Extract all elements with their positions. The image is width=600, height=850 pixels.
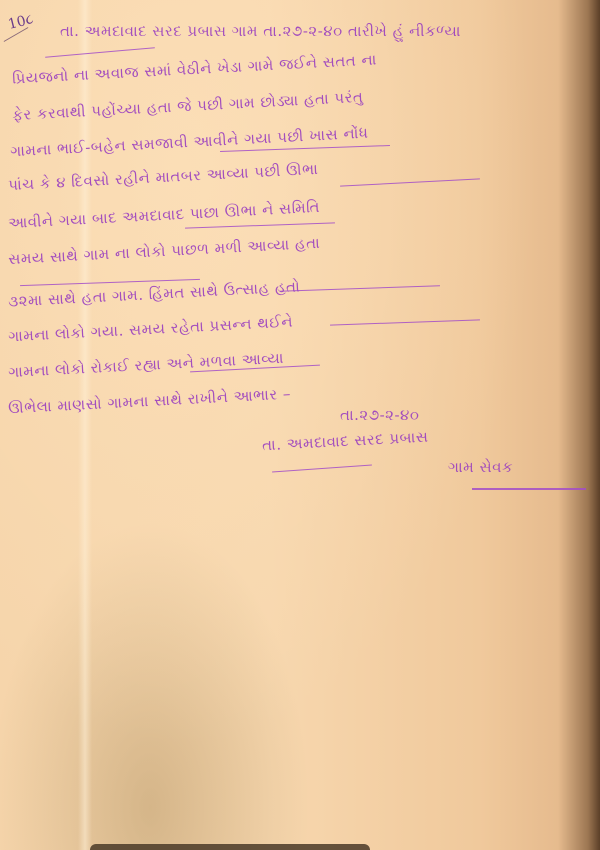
page-bottom-edge xyxy=(90,844,370,850)
scanned-page: 10૮ તા. અમદાવાદ સરદ પ્રબાસ ગામ તા.૨૭-૨-૪… xyxy=(0,0,600,850)
handwritten-line: ગામના લોકો રોકાઈ રહ્યા અને મળવા આવ્યા xyxy=(8,349,285,381)
handwritten-line: તા. અમદાવાદ સરદ પ્રબાસ ગામ તા.૨૭-૨-૪૦ તા… xyxy=(60,22,461,40)
handwritten-line: ફેર કરવાથી પહોંચ્યા હતા જે પછી ગામ છોડ્ય… xyxy=(12,88,364,124)
overline-stroke xyxy=(280,285,440,292)
overline-stroke xyxy=(340,178,480,186)
handwritten-line: ગામના ભાઈ-બહેન સમજાવી આવીને ગયા પછી ખાસ … xyxy=(10,124,369,161)
handwritten-line: ઊભેલા માણસો ગામના સાથે રાખીને આભાર – xyxy=(8,385,292,418)
closing-date: તા.૨૭-૨-૪૦ xyxy=(340,406,419,424)
handwritten-line: ૩૨મા સાથે હતા ગામ. હિંમત સાથે ઉત્સાહ હતો xyxy=(8,277,301,310)
paper-fold xyxy=(78,0,92,850)
handwritten-line: પાંચ કે ૪ દિવસો રહીને માતબર આવ્યા પછી ઊભ… xyxy=(8,160,319,194)
signature-title: ગામ સેવક xyxy=(448,458,513,476)
signature-underline xyxy=(272,465,372,473)
page-number: 10૮ xyxy=(6,11,35,33)
overline-stroke xyxy=(185,222,335,228)
handwritten-line: પ્રિયજનો ના અવાજ સમાં વેઠીને ખેડા ગામે જ… xyxy=(12,50,378,87)
signature-rule xyxy=(472,488,586,490)
handwritten-line: આવીને ગયા બાદ અમદાવાદ પાછા ઊભા ને સમિતિ xyxy=(8,198,321,232)
signature: તા. અમદાવાદ સરદ પ્રબાસ xyxy=(262,428,429,455)
handwritten-line: સમય સાથે ગામ ના લોકો પાછળ મળી આવ્યા હતા xyxy=(8,234,321,268)
underline-stroke xyxy=(45,47,155,58)
overline-stroke xyxy=(330,319,480,325)
handwritten-line: ગામના લોકો ગયા. સમય રહેતા પ્રસન્ન થઈને xyxy=(8,313,294,346)
